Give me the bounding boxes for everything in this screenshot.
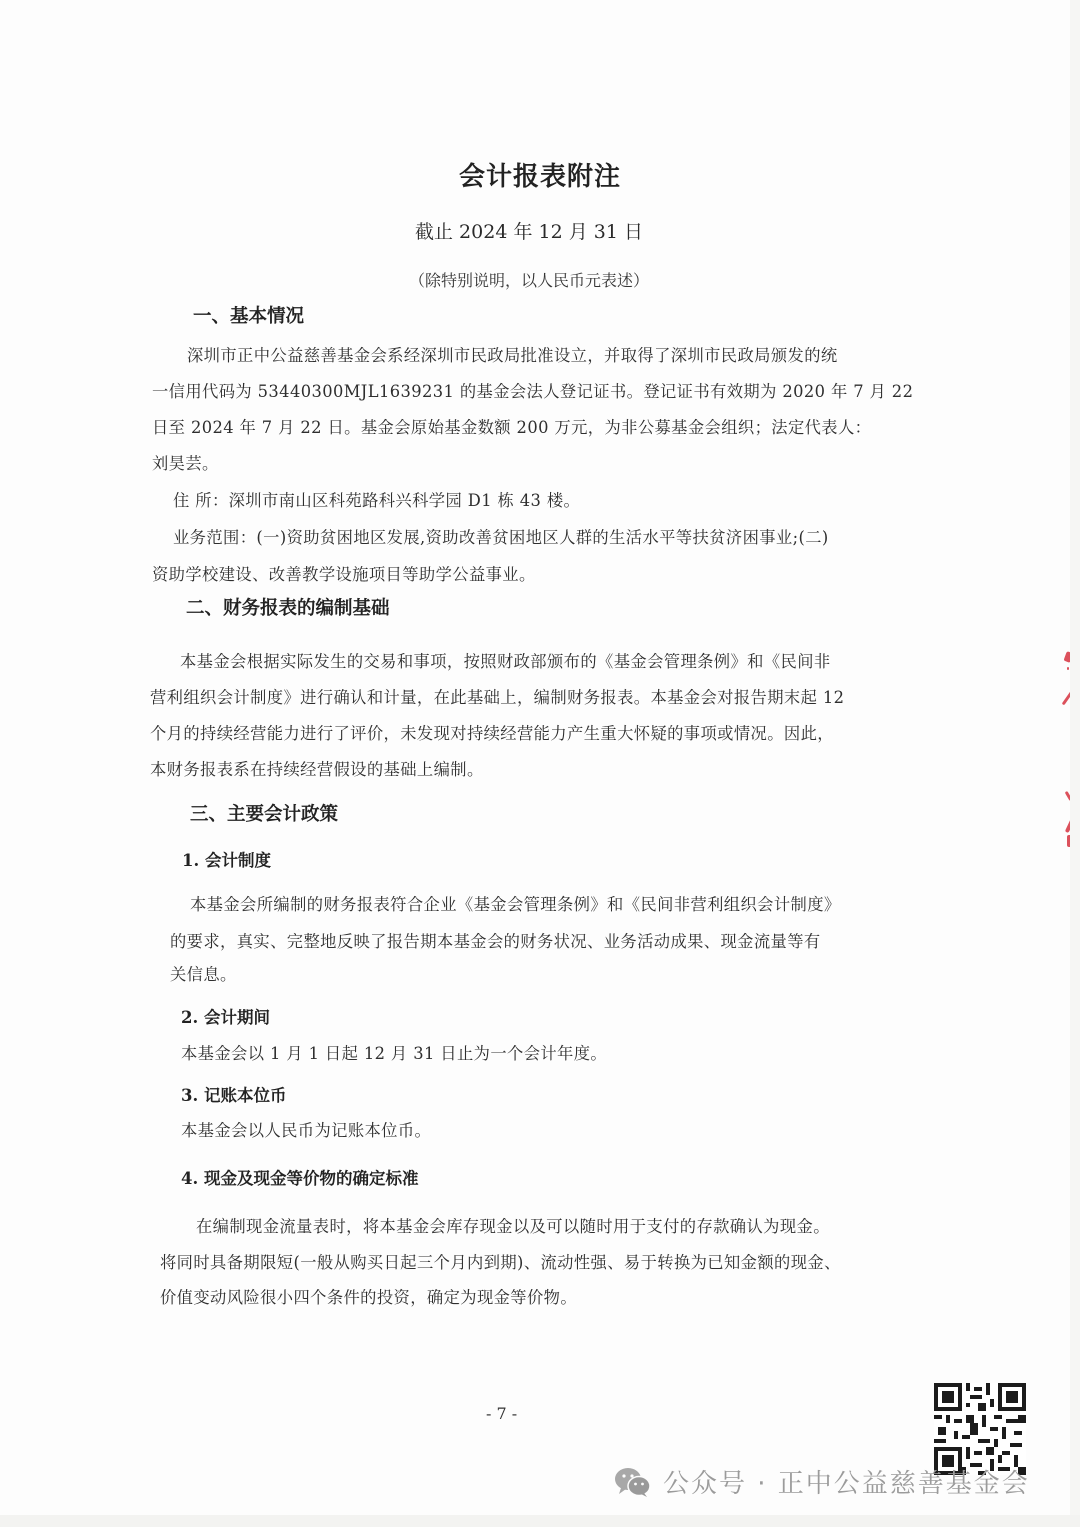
paragraph-line: 本基金会以 1 月 1 日起 12 月 31 日止为一个会计年度。 <box>181 1040 607 1064</box>
business-scope-line: 业务范围：(一)资助贫困地区发展,资助改善贫困地区人群的生活水平等扶贫济困事业;… <box>173 524 829 548</box>
section-heading-preparation-basis: 二、财务报表的编制基础 <box>186 594 390 620</box>
business-scope-line: 资助学校建设、改善教学设施项目等助学公益事业。 <box>152 561 536 585</box>
page-bottom-edge <box>0 1515 1080 1527</box>
document-page: 会计报表附注 截止 2024 年 12 月 31 日 （除特别说明，以人民币元表… <box>0 0 1080 1527</box>
report-date: 截止 2024 年 12 月 31 日 <box>0 217 1058 244</box>
page-edge <box>1070 0 1080 1527</box>
paragraph-line: 的要求，真实、完整地反映了报告期本基金会的财务状况、业务活动成果、现金流量等有 <box>170 928 821 952</box>
paragraph-line: 一信用代码为 53440300MJL1639231 的基金会法人登记证书。登记证… <box>152 378 913 402</box>
paragraph-line: 将同时具备期限短(一般从购买日起三个月内到期)、流动性强、易于转换为已知金额的现… <box>160 1249 841 1273</box>
paragraph-line: 本财务报表系在持续经营假设的基础上编制。 <box>150 756 484 780</box>
subsection-heading-cash-equivalents: 4. 现金及现金等价物的确定标准 <box>181 1165 418 1189</box>
paragraph-line: 本基金会所编制的财务报表符合企业《基金会管理条例》和《民间非营利组织会计制度》 <box>190 891 841 915</box>
paragraph-line: 价值变动风险很小四个条件的投资，确定为现金等价物。 <box>160 1284 577 1308</box>
wechat-icon <box>613 1466 653 1498</box>
paragraph-line: 个月的持续经营能力进行了评价，未发现对持续经营能力产生重大怀疑的事项或情况。因此… <box>150 720 834 744</box>
page-title: 会计报表附注 <box>0 156 1080 193</box>
paragraph-line: 本基金会以人民币为记账本位币。 <box>181 1117 431 1141</box>
subsection-heading-accounting-system: 1. 会计制度 <box>182 847 271 871</box>
wechat-watermark: 公众号 · 正中公益慈善基金会 <box>613 1463 1030 1500</box>
currency-note: （除特别说明，以人民币元表述） <box>0 268 1058 291</box>
subsection-heading-accounting-period: 2. 会计期间 <box>181 1004 270 1028</box>
page-number: - 7 - <box>486 1404 517 1423</box>
paragraph-line: 关信息。 <box>170 961 237 985</box>
paragraph-line: 在编制现金流量表时，将本基金会库存现金以及可以随时用于支付的存款确认为现金。 <box>196 1213 830 1237</box>
section-heading-basic-info: 一、基本情况 <box>193 302 304 328</box>
paragraph-line: 日至 2024 年 7 月 22 日。基金会原始基金数额 200 万元，为非公募… <box>152 414 871 438</box>
subsection-heading-functional-currency: 3. 记账本位币 <box>181 1082 286 1106</box>
section-heading-accounting-policies: 三、主要会计政策 <box>190 800 338 826</box>
qr-code-icon <box>934 1383 1026 1475</box>
paragraph-line: 营利组织会计制度》进行确认和计量，在此基础上，编制财务报表。本基金会对报告期末起… <box>150 684 844 708</box>
address-line: 住 所：深圳市南山区科苑路科兴科学园 D1 栋 43 楼。 <box>173 487 580 511</box>
paragraph-line: 本基金会根据实际发生的交易和事项，按照财政部颁布的《基金会管理条例》和《民间非 <box>180 648 831 672</box>
watermark-text: 公众号 · 正中公益慈善基金会 <box>663 1463 1030 1500</box>
paragraph-line: 深圳市正中公益慈善基金会系经深圳市民政局批准设立，并取得了深圳市民政局颁发的统 <box>187 342 838 366</box>
paragraph-line: 刘昊芸。 <box>152 450 219 474</box>
